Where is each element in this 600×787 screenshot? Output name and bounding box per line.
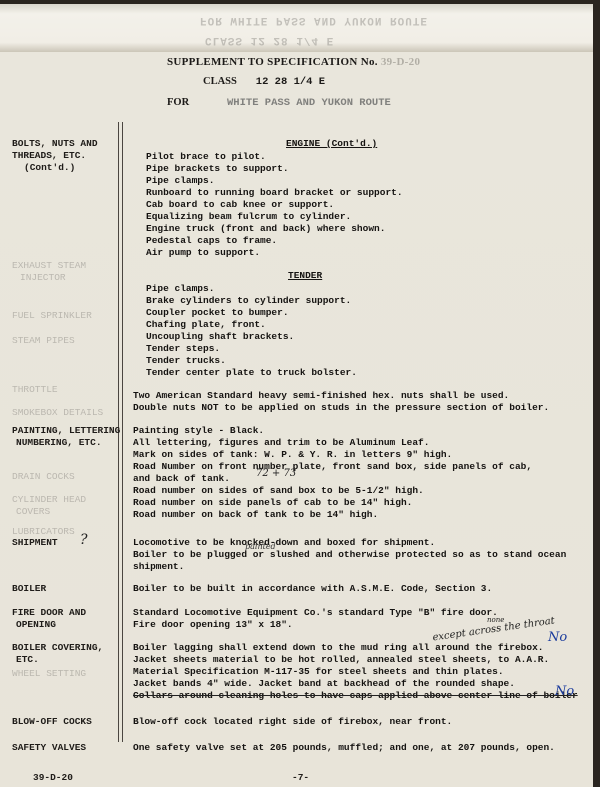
tender-item: Coupler pocket to bumper. — [146, 307, 289, 319]
engine-item: Equalizing beam fulcrum to cylinder. — [146, 211, 351, 223]
painting-line: Road number on back of tank to be 14" hi… — [133, 509, 378, 521]
ghost-label: STEAM PIPES — [12, 335, 75, 347]
ghost-label: WHEEL SETTING — [12, 668, 86, 680]
engine-item: Runboard to running board bracket or sup… — [146, 187, 403, 199]
tender-item: Tender steps. — [146, 343, 220, 355]
ghost-label: SMOKEBOX DETAILS — [12, 407, 103, 419]
painting-line: Painting style - Black. — [133, 425, 264, 437]
handwritten-note: No — [548, 630, 567, 645]
painting-line: Road number on sides of sand box to be 5… — [133, 485, 424, 497]
section-label-blow-off-cocks: BLOW-OFF COCKS — [12, 716, 92, 728]
tender-item: Chafing plate, front. — [146, 319, 266, 331]
painting-line: Mark on sides of tank: W. P. & Y. R. in … — [133, 449, 452, 461]
section-label-shipment: SHIPMENT — [12, 537, 58, 549]
ghost-label: INJECTOR — [20, 272, 66, 284]
tender-item: Brake cylinders to cylinder support. — [146, 295, 351, 307]
ghost-label: COVERS — [16, 506, 50, 518]
painting-line: Road Number on front number plate, front… — [133, 461, 532, 473]
note-line: Double nuts NOT to be applied on studs i… — [133, 402, 549, 414]
painting-line: All lettering, figures and trim to be Al… — [133, 437, 429, 449]
painting-line: and back of tank. — [133, 473, 230, 485]
engine-item: Pedestal caps to frame. — [146, 235, 277, 247]
tender-title: TENDER — [288, 270, 322, 282]
railroad-heading: FOR WHITE PASS AND YUKON ROUTE — [167, 97, 391, 109]
engine-item: Pipe brackets to support. — [146, 163, 289, 175]
document-page: FOR WHITE PASS AND YUKON ROUTE CLASS 12 … — [0, 4, 593, 787]
ghost-label: CYLINDER HEAD — [12, 494, 86, 506]
boiler-covering-line: Jacket sheets material to be hot rolled,… — [133, 654, 549, 666]
engine-item: Cab board to cab knee or support. — [146, 199, 334, 211]
engine-item: Air pump to support. — [146, 247, 260, 259]
bleed-through-text: FOR WHITE PASS AND YUKON ROUTE — [200, 14, 428, 26]
section-label-safety-valves: SAFETY VALVES — [12, 742, 86, 754]
shipment-line: Boiler to be plugged or slushed and othe… — [133, 549, 566, 561]
section-label-fire-door: FIRE DOOR AND OPENING — [12, 607, 86, 631]
engine-item: Pilot brace to pilot. — [146, 151, 266, 163]
folded-top-edge: FOR WHITE PASS AND YUKON ROUTE CLASS 12 … — [0, 4, 593, 52]
handwritten-note: No — [555, 684, 574, 699]
note-line: Two American Standard heavy semi-finishe… — [133, 390, 509, 402]
ghost-label: EXHAUST STEAM — [12, 260, 86, 272]
fire-door-line: Fire door opening 13" x 18". — [133, 619, 293, 631]
engine-item: Pipe clamps. — [146, 175, 214, 187]
engine-title: ENGINE (Cont'd.) — [286, 138, 377, 150]
handwritten-note: 72 + 73 — [256, 468, 296, 479]
boiler-covering-line: Jacket bands 4" wide. Jacket band at bac… — [133, 678, 515, 690]
tender-item: Uncoupling shaft brackets. — [146, 331, 294, 343]
boiler-covering-line: Boiler lagging shall extend down to the … — [133, 642, 543, 654]
boiler-line: Boiler to be built in accordance with A.… — [133, 583, 492, 595]
engine-item: Engine truck (front and back) where show… — [146, 223, 385, 235]
blow-off-line: Blow-off cock located right side of fire… — [133, 716, 452, 728]
safety-valves-line: One safety valve set at 205 pounds, muff… — [133, 742, 555, 754]
ghost-label: DRAIN COCKS — [12, 471, 75, 483]
tender-item: Tender center plate to truck bolster. — [146, 367, 357, 379]
ghost-label: THROTTLE — [12, 384, 58, 396]
supplement-heading: SUPPLEMENT TO SPECIFICATION No. 39-D-20 — [167, 56, 420, 68]
footer-spec-number: 39-D-20 — [33, 772, 73, 783]
painting-line: Road number on side panels of cab to be … — [133, 497, 412, 509]
page-number: -7- — [292, 772, 309, 783]
section-label-boiler: BOILER — [12, 583, 46, 595]
boiler-covering-line: Material Specification M-117-35 for stee… — [133, 666, 504, 678]
question-mark-annotation: ? — [80, 532, 88, 548]
tender-item: Pipe clamps. — [146, 283, 214, 295]
class-heading: CLASS 12 28 1/4 E — [203, 76, 325, 88]
fire-door-line: Standard Locomotive Equipment Co.'s stan… — [133, 607, 498, 619]
shipment-line: shipment. — [133, 561, 184, 573]
section-label-boiler-covering: BOILER COVERING, ETC. — [12, 642, 103, 666]
section-label-bolts: BOLTS, NUTS AND THREADS, ETC. (Cont'd.) — [12, 138, 98, 174]
section-label-painting: PAINTING, LETTERING NUMBERING, ETC. — [12, 425, 120, 449]
shipment-line: Locomotive to be knocked-down and boxed … — [133, 537, 435, 549]
ghost-label: FUEL SPRINKLER — [12, 310, 92, 322]
tender-item: Tender trucks. — [146, 355, 226, 367]
struck-line: Collars around cleaning holes to have ca… — [133, 690, 578, 702]
bleed-through-text: CLASS 12 28 1/4 E — [205, 34, 334, 46]
